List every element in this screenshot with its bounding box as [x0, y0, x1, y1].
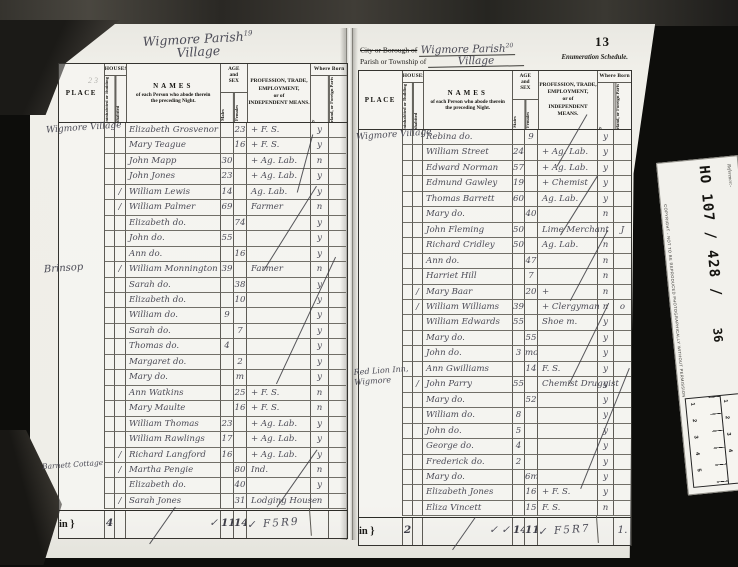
col-sex: SEX — [520, 85, 530, 91]
cell-place — [59, 247, 105, 262]
table-row: / William Palmer 69 Farmer n — [59, 200, 347, 215]
cell-male-age: 23 — [221, 169, 234, 184]
cell-profession — [538, 130, 598, 145]
cell-place — [59, 432, 105, 447]
cell-born-county: n — [311, 154, 329, 169]
cell-male-age — [221, 494, 234, 509]
cell-female-age — [234, 169, 247, 184]
cell-place — [359, 269, 403, 284]
cell-profession: + Clergyman — [538, 300, 598, 315]
cell-place — [59, 401, 105, 416]
cell-place — [359, 331, 403, 346]
cell-born-elsewhere — [614, 315, 631, 330]
cell-born-county: y — [311, 417, 329, 432]
cell-name: John Jones — [126, 169, 221, 184]
cell-inhabited — [413, 238, 423, 253]
cell-name: Ann do. — [126, 247, 221, 262]
cell-name: John Parry — [423, 377, 513, 392]
cell-born-county: y — [311, 308, 329, 323]
cell-male-age — [513, 331, 525, 346]
cell-name: Mary do. — [423, 470, 513, 485]
cell-born-elsewhere — [614, 346, 631, 361]
cell-female-age: 16 — [234, 138, 247, 153]
cell-uninhabited — [105, 401, 115, 416]
cell-uninhabited — [105, 262, 115, 277]
cell-inhabited — [115, 386, 126, 401]
cell-profession — [247, 247, 311, 262]
cell-profession: F. S. — [538, 362, 598, 377]
cell-male-age: 4 — [221, 339, 234, 354]
cell-male-age: 19 — [513, 176, 525, 191]
cell-male-age: 60 — [513, 192, 525, 207]
cell-male-age: 5 — [513, 424, 525, 439]
cell-place — [59, 200, 105, 215]
cell-name: Mary do. — [423, 331, 513, 346]
cell-male-age — [513, 254, 525, 269]
table-row: / Mary Baar 20 + n — [359, 285, 631, 300]
cell-inhabited: / — [115, 185, 126, 200]
cell-born-county: n — [311, 463, 329, 478]
cell-place — [359, 285, 403, 300]
col-born-elsewhere: Whether Born in Scotland, Ireland, or Fo… — [615, 83, 631, 129]
cell-inhabited — [115, 324, 126, 339]
cell-born-elsewhere — [614, 285, 631, 300]
cell-place — [59, 154, 105, 169]
cell-inhabited — [413, 145, 423, 160]
cell-born-elsewhere — [329, 247, 346, 262]
col-age-and: and — [521, 79, 529, 85]
cell-name: Thomas Barrett — [423, 192, 513, 207]
cell-female-age — [234, 308, 247, 323]
total-scribble: ✓ F5R9 — [246, 508, 312, 539]
cell-name: Frederick do. — [423, 455, 513, 470]
cell-place — [359, 145, 403, 160]
cell-female-age — [525, 424, 538, 439]
cell-male-age: 2 — [513, 455, 525, 470]
total-row-left: TOTAL in } Page 19 { 4 ✓ 11 14 ✓ F5R9 — [59, 510, 347, 538]
cell-uninhabited — [105, 138, 115, 153]
cell-female-age: 25 — [234, 386, 247, 401]
cell-male-age — [221, 324, 234, 339]
cell-born-county: y — [311, 247, 329, 262]
cell-uninhabited — [105, 231, 115, 246]
cell-name: John do. — [126, 231, 221, 246]
table-row: Eliza Vincett 15 F. S. n — [359, 501, 631, 516]
cell-profession — [538, 439, 598, 454]
cell-inhabited — [413, 362, 423, 377]
cell-uninhabited — [403, 207, 413, 222]
table-row: Edward Norman 57 + Ag. Lab. y — [359, 161, 631, 176]
cell-place — [359, 315, 403, 330]
cell-place — [359, 300, 403, 315]
cell-place — [59, 231, 105, 246]
col-profession: PROFESSION, TRADE, EMPLOYMENT, or of IND… — [248, 64, 312, 122]
cell-male-age — [513, 269, 525, 284]
cell-inhabited — [115, 370, 126, 385]
cell-place — [59, 293, 105, 308]
col-houses-label: HOUSES — [105, 64, 126, 76]
cell-name: Ann Gwilliams — [423, 362, 513, 377]
cell-born-elsewhere — [329, 216, 346, 231]
cell-male-age: 57 — [513, 161, 525, 176]
cell-male-age: 23 — [221, 417, 234, 432]
cell-uninhabited — [403, 485, 413, 500]
table-row: Elizabeth do. 40 y — [59, 478, 347, 493]
table-row: / William Williams 39 + Clergyman n o — [359, 300, 631, 315]
cell-born-county: n — [598, 269, 614, 284]
cell-uninhabited — [403, 176, 413, 191]
cell-profession: + F. S. — [247, 401, 311, 416]
cell-inhabited — [413, 393, 423, 408]
cell-profession: + Ag. Lab. — [247, 432, 311, 447]
cell-place — [359, 238, 403, 253]
cell-uninhabited — [105, 417, 115, 432]
col-age: AGE — [228, 66, 239, 72]
cell-uninhabited — [403, 315, 413, 330]
cell-name: Richard Langford — [126, 448, 221, 463]
cell-born-elsewhere: J — [614, 223, 631, 238]
cell-male-age — [221, 355, 234, 370]
table-row: / William Monnington 39 Farmer n — [59, 262, 347, 277]
cell-name: William Williams — [423, 300, 513, 315]
cell-born-county: y — [598, 145, 614, 160]
cell-place — [59, 216, 105, 231]
col-prof-line2: EMPLOYMENT, — [548, 89, 589, 96]
cell-inhabited — [413, 455, 423, 470]
cell-inhabited — [413, 207, 423, 222]
cell-female-age: 31 — [234, 494, 247, 509]
cell-uninhabited — [403, 424, 413, 439]
cell-profession — [538, 470, 598, 485]
cell-name: Mary do. — [126, 370, 221, 385]
cell-female-age — [525, 223, 538, 238]
ruler: 1 2 3 4 1 2 3 4 5 — [685, 392, 738, 488]
cell-inhabited — [413, 161, 423, 176]
cell-female-age: mo — [525, 346, 538, 361]
cell-profession: + F. S. — [247, 386, 311, 401]
cell-male-age — [221, 478, 234, 493]
cell-born-county: y — [598, 176, 614, 191]
cell-born-elsewhere — [329, 169, 346, 184]
cell-uninhabited — [403, 192, 413, 207]
cell-female-age: 7 — [234, 324, 247, 339]
cell-female-age: 52 — [525, 393, 538, 408]
cell-female-age: 55 — [525, 331, 538, 346]
cell-born-elsewhere — [329, 417, 346, 432]
cell-name: John Mapp — [126, 154, 221, 169]
cell-male-age — [221, 293, 234, 308]
cell-female-age: 16 — [234, 401, 247, 416]
cell-profession — [538, 393, 598, 408]
cell-male-age — [513, 285, 525, 300]
cell-uninhabited — [105, 355, 115, 370]
col-age-sex: AGE and SEX Males Females — [513, 71, 539, 129]
cell-male-age — [513, 393, 525, 408]
cell-inhabited — [413, 439, 423, 454]
table-row: John do. 3 mo y — [359, 346, 631, 361]
cell-born-elsewhere — [329, 154, 346, 169]
cell-male-age: 24 — [513, 145, 525, 160]
cell-female-age: 74 — [234, 216, 247, 231]
cell-name: Harriet Hill — [423, 269, 513, 284]
table-row: Sarah do. 38 y — [59, 278, 347, 293]
written-parish-sup: 19 — [243, 29, 252, 37]
cell-inhabited — [115, 355, 126, 370]
total-label-line1: TOTAL in } — [359, 518, 402, 544]
cell-uninhabited — [105, 339, 115, 354]
cell-female-age — [525, 300, 538, 315]
cell-male-age: 14 — [221, 185, 234, 200]
cell-female-age: 14 — [525, 362, 538, 377]
cell-name: Mary do. — [423, 207, 513, 222]
table-row: Thomas Barrett 60 Ag. Lab. y — [359, 192, 631, 207]
col-houses: HOUSES Uninhabited or Building Inhabited — [105, 64, 127, 122]
cell-place — [359, 207, 403, 222]
cell-inhabited — [115, 401, 126, 416]
cell-uninhabited — [105, 308, 115, 323]
cell-profession — [538, 254, 598, 269]
col-where-born: Where Born Whether Born in same County W… — [598, 71, 631, 129]
cell-born-elsewhere — [329, 293, 346, 308]
cell-born-county: y — [311, 138, 329, 153]
cell-born-county: n — [598, 285, 614, 300]
cell-profession: + F. S. — [538, 485, 598, 500]
total-row-right: TOTAL in } Page 20 { 2 ✓ ✓ 14 11 ✓ F5R7 … — [359, 517, 631, 545]
cell-male-age — [513, 130, 525, 145]
col-females: Females — [234, 93, 247, 122]
cell-born-county: y — [598, 161, 614, 176]
cell-inhabited: / — [115, 494, 126, 509]
cell-born-elsewhere — [614, 331, 631, 346]
col-names-line3: the preceding Night. — [151, 98, 196, 104]
township-line: Parish or Township of Village — [360, 57, 524, 67]
total-houses: 2 — [403, 518, 413, 545]
cell-born-county: y — [311, 324, 329, 339]
cell-female-age: 40 — [234, 478, 247, 493]
cell-profession: + Ag. Lab. — [538, 161, 598, 176]
cell-male-age: 50 — [513, 223, 525, 238]
cell-uninhabited — [403, 285, 413, 300]
cell-inhabited — [413, 424, 423, 439]
col-females: Females — [525, 100, 537, 129]
cell-female-age — [525, 176, 538, 191]
col-houses-uninhabited: Uninhabited or Building — [403, 83, 413, 129]
cell-profession — [247, 308, 311, 323]
cell-profession — [538, 346, 598, 361]
cell-born-elsewhere — [329, 278, 346, 293]
col-names-line1: NAMES — [448, 89, 488, 97]
cell-male-age — [513, 362, 525, 377]
cell-name: Eliza Vincett — [423, 501, 513, 516]
cell-profession — [247, 278, 311, 293]
total-spacer — [115, 511, 126, 538]
cell-profession: + — [538, 285, 598, 300]
cell-place — [359, 346, 403, 361]
table-row: Harriet Hill 7 n — [359, 269, 631, 284]
col-houses-inhabited: Inhabited — [115, 76, 125, 122]
place-label: Red Lion Inn, Wigmore — [353, 364, 409, 388]
cell-female-age: 6m — [525, 470, 538, 485]
col-profession: PROFESSION, TRADE, EMPLOYMENT, or of IND… — [539, 71, 599, 129]
cell-uninhabited — [105, 448, 115, 463]
cell-born-county: y — [598, 362, 614, 377]
cell-female-age: 16 — [234, 247, 247, 262]
cell-male-age: 50 — [513, 238, 525, 253]
total-houses: 4 — [105, 511, 115, 538]
cell-name: Edward Norman — [423, 161, 513, 176]
cell-male-age — [513, 207, 525, 222]
cell-profession: Ag. Lab. — [538, 238, 598, 253]
cell-profession: Lime Merchant — [538, 223, 598, 238]
cell-uninhabited — [105, 216, 115, 231]
table-row: Elizabeth Jones 16 + F. S. y — [359, 485, 631, 500]
cell-place — [59, 169, 105, 184]
cell-born-county: n — [311, 386, 329, 401]
cell-born-elsewhere — [329, 478, 346, 493]
cell-female-age: 16 — [525, 485, 538, 500]
cell-uninhabited — [403, 501, 413, 516]
table-row: George do. 4 y — [359, 439, 631, 454]
table-row: Elizabeth do. 74 y — [59, 216, 347, 231]
cell-male-age: 55 — [221, 231, 234, 246]
cell-uninhabited — [403, 145, 413, 160]
written-village: Village — [176, 43, 220, 60]
cell-place — [59, 308, 105, 323]
cell-inhabited — [115, 308, 126, 323]
total-label-line1: TOTAL in } — [59, 511, 104, 537]
cell-born-elsewhere — [614, 238, 631, 253]
cell-born-elsewhere — [329, 494, 346, 509]
cell-name: Elizabeth do. — [126, 216, 221, 231]
cell-inhabited — [115, 478, 126, 493]
cell-male-age — [221, 138, 234, 153]
cell-name: Rebina do. — [423, 130, 513, 145]
cell-born-elsewhere — [329, 448, 346, 463]
cell-male-age — [221, 216, 234, 231]
cell-male-age — [513, 470, 525, 485]
cell-uninhabited — [403, 455, 413, 470]
cell-born-elsewhere — [329, 308, 346, 323]
table-row: Mary do. 52 y — [359, 393, 631, 408]
census-page-right: City or Borough of Wigmore Parish20 Pari… — [352, 28, 634, 548]
cell-name: Sarah do. — [126, 324, 221, 339]
reference-card-content: Reference:- HO 107 / 428 / 36 PUBLIC REC… — [659, 157, 738, 491]
col-place: PLACE — [59, 64, 105, 122]
cell-male-age: 16 — [221, 448, 234, 463]
col-born-label: Where Born — [311, 64, 347, 76]
col-sex: SEX — [229, 78, 239, 84]
col-prof-line1: PROFESSION, TRADE, — [539, 82, 596, 89]
cell-born-elsewhere — [329, 138, 346, 153]
cell-male-age — [221, 386, 234, 401]
cell-female-age — [234, 339, 247, 354]
cell-inhabited: / — [115, 448, 126, 463]
col-names: NAMES of each Person who abode therein t… — [127, 64, 221, 122]
cell-born-county: y — [598, 192, 614, 207]
table-row: / Sarah Jones 31 Lodging House n — [59, 494, 347, 509]
cell-inhabited — [413, 408, 423, 423]
cell-uninhabited — [105, 185, 115, 200]
total-males: 11 — [221, 511, 234, 538]
cell-born-elsewhere: o — [614, 300, 631, 315]
cell-female-age: 47 — [525, 254, 538, 269]
cell-name: William Thomas — [126, 417, 221, 432]
cell-uninhabited — [105, 169, 115, 184]
cell-female-age: 7 — [525, 269, 538, 284]
cell-place — [59, 185, 105, 200]
cell-uninhabited — [403, 161, 413, 176]
cell-male-age — [513, 501, 525, 516]
col-prof-line2: EMPLOYMENT, — [259, 86, 300, 93]
cell-uninhabited — [403, 439, 413, 454]
col-born-county: Whether Born in same County — [598, 83, 614, 129]
total-label-line2: Page 19 { — [61, 537, 102, 538]
cell-male-age — [513, 485, 525, 500]
cell-place — [359, 161, 403, 176]
cell-uninhabited — [105, 463, 115, 478]
cell-uninhabited — [403, 254, 413, 269]
cell-born-elsewhere — [614, 485, 631, 500]
cell-uninhabited — [403, 331, 413, 346]
table-row: William Thomas 23 + Ag. Lab. y — [59, 417, 347, 432]
cell-born-elsewhere — [614, 408, 631, 423]
cell-born-county: y — [311, 432, 329, 447]
cell-male-age: 39 — [221, 262, 234, 277]
cell-born-elsewhere — [614, 176, 631, 191]
table-row: Mary do. 40 n — [359, 207, 631, 222]
cell-female-age: 20 — [525, 285, 538, 300]
copyright-line: COPYRIGHT - NOT TO BE REPRODUCED PHOTOGR… — [663, 204, 687, 398]
cell-born-county: y — [311, 355, 329, 370]
cell-born-elsewhere — [614, 269, 631, 284]
cell-female-age: 38 — [234, 278, 247, 293]
cell-name: Sarah do. — [126, 278, 221, 293]
cell-place — [59, 478, 105, 493]
census-page-left: 2 3 Wigmore Parish19 Village PLACE HOUSE… — [40, 28, 348, 544]
total-label-line2: Page 20 { — [360, 544, 401, 545]
cell-born-elsewhere — [614, 470, 631, 485]
census-scan: 2 3 Wigmore Parish19 Village PLACE HOUSE… — [0, 0, 738, 567]
cell-profession: Ag. Lab. — [247, 185, 311, 200]
cell-female-age: 15 — [525, 501, 538, 516]
cell-born-elsewhere — [614, 501, 631, 516]
total-label: TOTAL in } Page 19 { — [59, 511, 105, 538]
cell-born-elsewhere — [614, 455, 631, 470]
cell-born-elsewhere — [329, 231, 346, 246]
cell-name: Elizabeth Grosvenor — [126, 123, 221, 138]
table-row: Elizabeth do. 10 y — [59, 293, 347, 308]
col-born-county: Whether Born in same County — [311, 76, 329, 122]
cell-name: Martha Pengie — [126, 463, 221, 478]
folio-number: 13 — [595, 34, 610, 50]
table-row: / William Lewis 14 Ag. Lab. y — [59, 185, 347, 200]
cell-place — [359, 254, 403, 269]
cell-male-age: 9 — [221, 308, 234, 323]
cell-place — [59, 417, 105, 432]
schedule-caption: Enumeration Schedule. — [562, 54, 628, 61]
cell-female-age — [234, 448, 247, 463]
cell-inhabited — [413, 269, 423, 284]
cell-born-elsewhere — [614, 192, 631, 207]
cell-profession — [247, 216, 311, 231]
reference-piece-number: 36 — [710, 327, 725, 343]
census-table-right: PLACE HOUSES Uninhabited or Building Inh… — [358, 70, 632, 546]
cell-inhabited — [115, 169, 126, 184]
table-row: John Jones 23 + Ag. Lab. y — [59, 169, 347, 184]
table-row: Thomas do. 4 y — [59, 339, 347, 354]
total-note — [329, 511, 346, 538]
place-label-line2: Wigmore — [354, 375, 391, 387]
